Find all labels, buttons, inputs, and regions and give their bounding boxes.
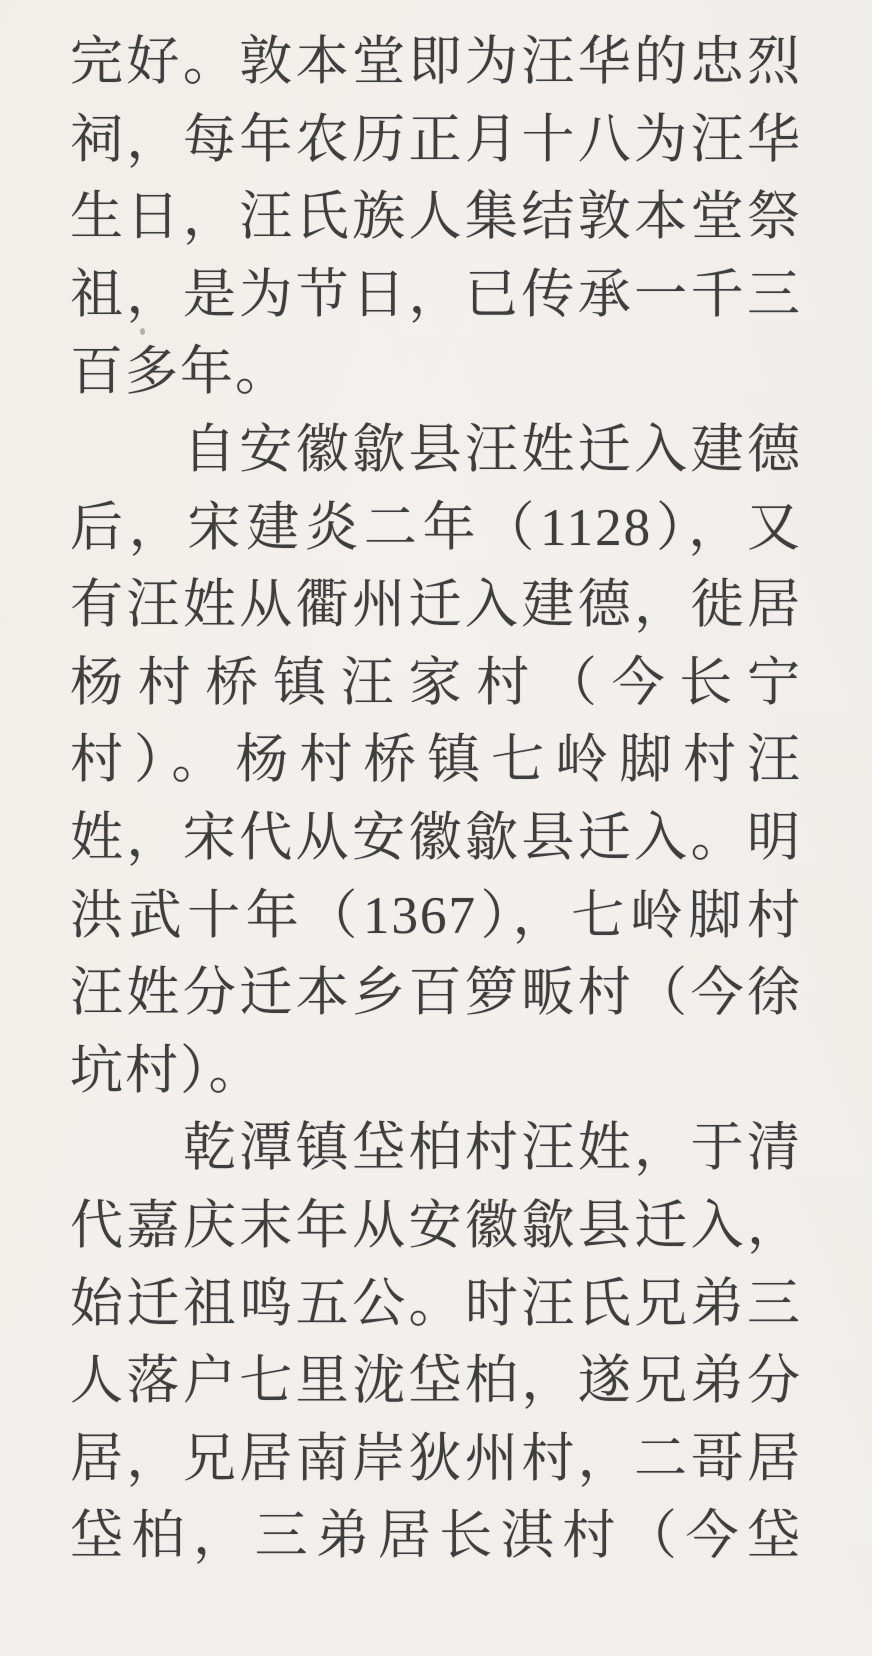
- text-line-15: 乾潭镇垈柏村汪姓，于清: [70, 1110, 802, 1188]
- text-block: 完好。敦本堂即为汪华的忠烈 祠，每年农历正月十八为汪华 生日，汪氏族人集结敦本堂…: [70, 24, 802, 1576]
- text-line-11: 姓，宋代从安徽歙县迁入。明: [70, 800, 802, 878]
- text-line-5: 百多年。: [70, 334, 802, 412]
- text-line-16: 代嘉庆末年从安徽歙县迁入，: [70, 1188, 802, 1266]
- text-line-7: 后，宋建炎二年（1128），又: [70, 490, 802, 568]
- text-line-9: 杨村桥镇汪家村（今长宁: [70, 645, 802, 723]
- text-line-12: 洪武十年（1367），七岭脚村: [70, 878, 802, 956]
- text-line-20: 垈柏，三弟居长淇村（今垈: [70, 1498, 802, 1576]
- text-line-10: 村）。杨村桥镇七岭脚村汪: [70, 722, 802, 800]
- text-line-8: 有汪姓从衢州迁入建德，徙居: [70, 567, 802, 645]
- scan-speck: [140, 328, 145, 335]
- text-line-4: 祖，是为节日，已传承一千三: [70, 257, 802, 335]
- text-line-17: 始迁祖鸣五公。时汪氏兄弟三: [70, 1266, 802, 1344]
- text-line-13: 汪姓分迁本乡百箩畈村（今徐: [70, 955, 802, 1033]
- text-line-19: 居，兄居南岸狄州村，二哥居: [70, 1421, 802, 1499]
- text-line-18: 人落户七里泷垈柏，遂兄弟分: [70, 1343, 802, 1421]
- text-line-14: 坑村）。: [70, 1033, 802, 1111]
- scanned-page: 完好。敦本堂即为汪华的忠烈 祠，每年农历正月十八为汪华 生日，汪氏族人集结敦本堂…: [0, 0, 872, 1656]
- text-line-3: 生日，汪氏族人集结敦本堂祭: [70, 179, 802, 257]
- text-line-6: 自安徽歙县汪姓迁入建德: [70, 412, 802, 490]
- text-line-1: 完好。敦本堂即为汪华的忠烈: [70, 24, 802, 102]
- text-line-2: 祠，每年农历正月十八为汪华: [70, 102, 802, 180]
